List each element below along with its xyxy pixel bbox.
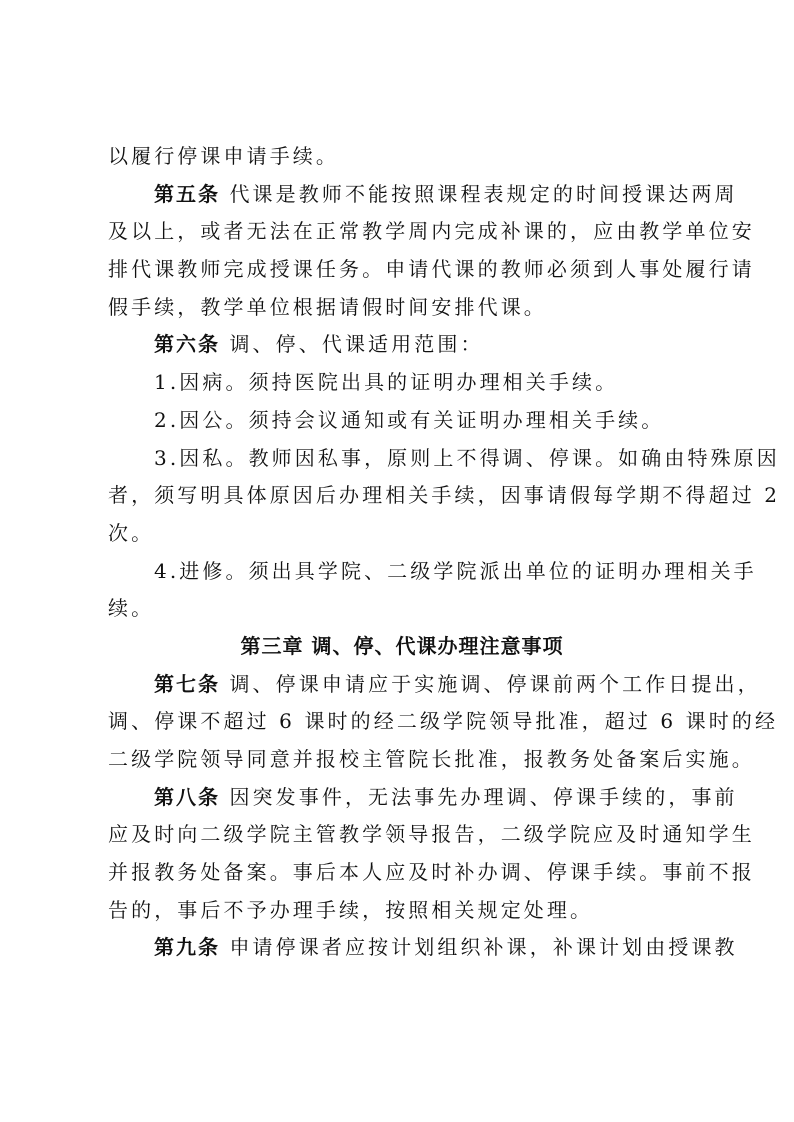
paragraph-line: 续。 [108,590,696,628]
paragraph-line: 排代课教师完成授课任务。申请代课的教师必须到人事处履行请 [108,251,696,289]
paragraph-line: 应及时向二级学院主管教学领导报告，二级学院应及时通知学生 [108,816,696,854]
paragraph-line: 调、停课不超过 6 课时的经二级学院领导批准，超过 6 课时的经 [108,703,696,741]
article-text: 代课是教师不能按照课程表规定的时间授课达两周 [220,182,738,206]
article-label: 第七条 [154,672,220,696]
article-5-line: 第五条 代课是教师不能按照课程表规定的时间授课达两周 [108,176,696,214]
list-item-4: 4.进修。须出具学院、二级学院派出单位的证明办理相关手 [108,553,696,591]
paragraph-line: 以履行停课申请手续。 [108,138,696,176]
paragraph-line: 二级学院领导同意并报校主管院长批准，报教务处备案后实施。 [108,741,696,779]
article-8-line: 第八条 因突发事件，无法事先办理调、停课手续的，事前 [108,779,696,817]
article-text: 调、停、代课适用范围： [220,332,484,356]
paragraph-line: 次。 [108,515,696,553]
paragraph-line: 及以上，或者无法在正常教学周内完成补课的，应由教学单位安 [108,213,696,251]
article-7-line: 第七条 调、停课申请应于实施调、停课前两个工作日提出， [108,666,696,704]
article-label: 第五条 [154,182,220,206]
article-text: 申请停课者应按计划组织补课，补课计划由授课教 [220,935,738,959]
paragraph-line: 告的，事后不予办理手续，按照相关规定处理。 [108,892,696,930]
article-label: 第八条 [154,785,220,809]
list-item-1: 1.因病。须持医院出具的证明办理相关手续。 [108,364,696,402]
paragraph-line: 者，须写明具体原因后办理相关手续，因事请假每学期不得超过 2 [108,477,696,515]
paragraph-line: 并报教务处备案。事后本人应及时补办调、停课手续。事前不报 [108,854,696,892]
article-6-line: 第六条 调、停、代课适用范围： [108,326,696,364]
document-page: 以履行停课申请手续。 第五条 代课是教师不能按照课程表规定的时间授课达两周 及以… [108,138,696,967]
article-label: 第六条 [154,332,220,356]
article-text: 因突发事件，无法事先办理调、停课手续的，事前 [220,785,738,809]
paragraph-line: 假手续，教学单位根据请假时间安排代课。 [108,289,696,327]
article-label: 第九条 [154,935,220,959]
article-text: 调、停课申请应于实施调、停课前两个工作日提出， [220,672,761,696]
article-9-line: 第九条 申请停课者应按计划组织补课，补课计划由授课教 [108,929,696,967]
list-item-3: 3.因私。教师因私事，原则上不得调、停课。如确由特殊原因 [108,440,696,478]
chapter-heading: 第三章 调、停、代课办理注意事项 [108,628,696,666]
list-item-2: 2.因公。须持会议通知或有关证明办理相关手续。 [108,402,696,440]
